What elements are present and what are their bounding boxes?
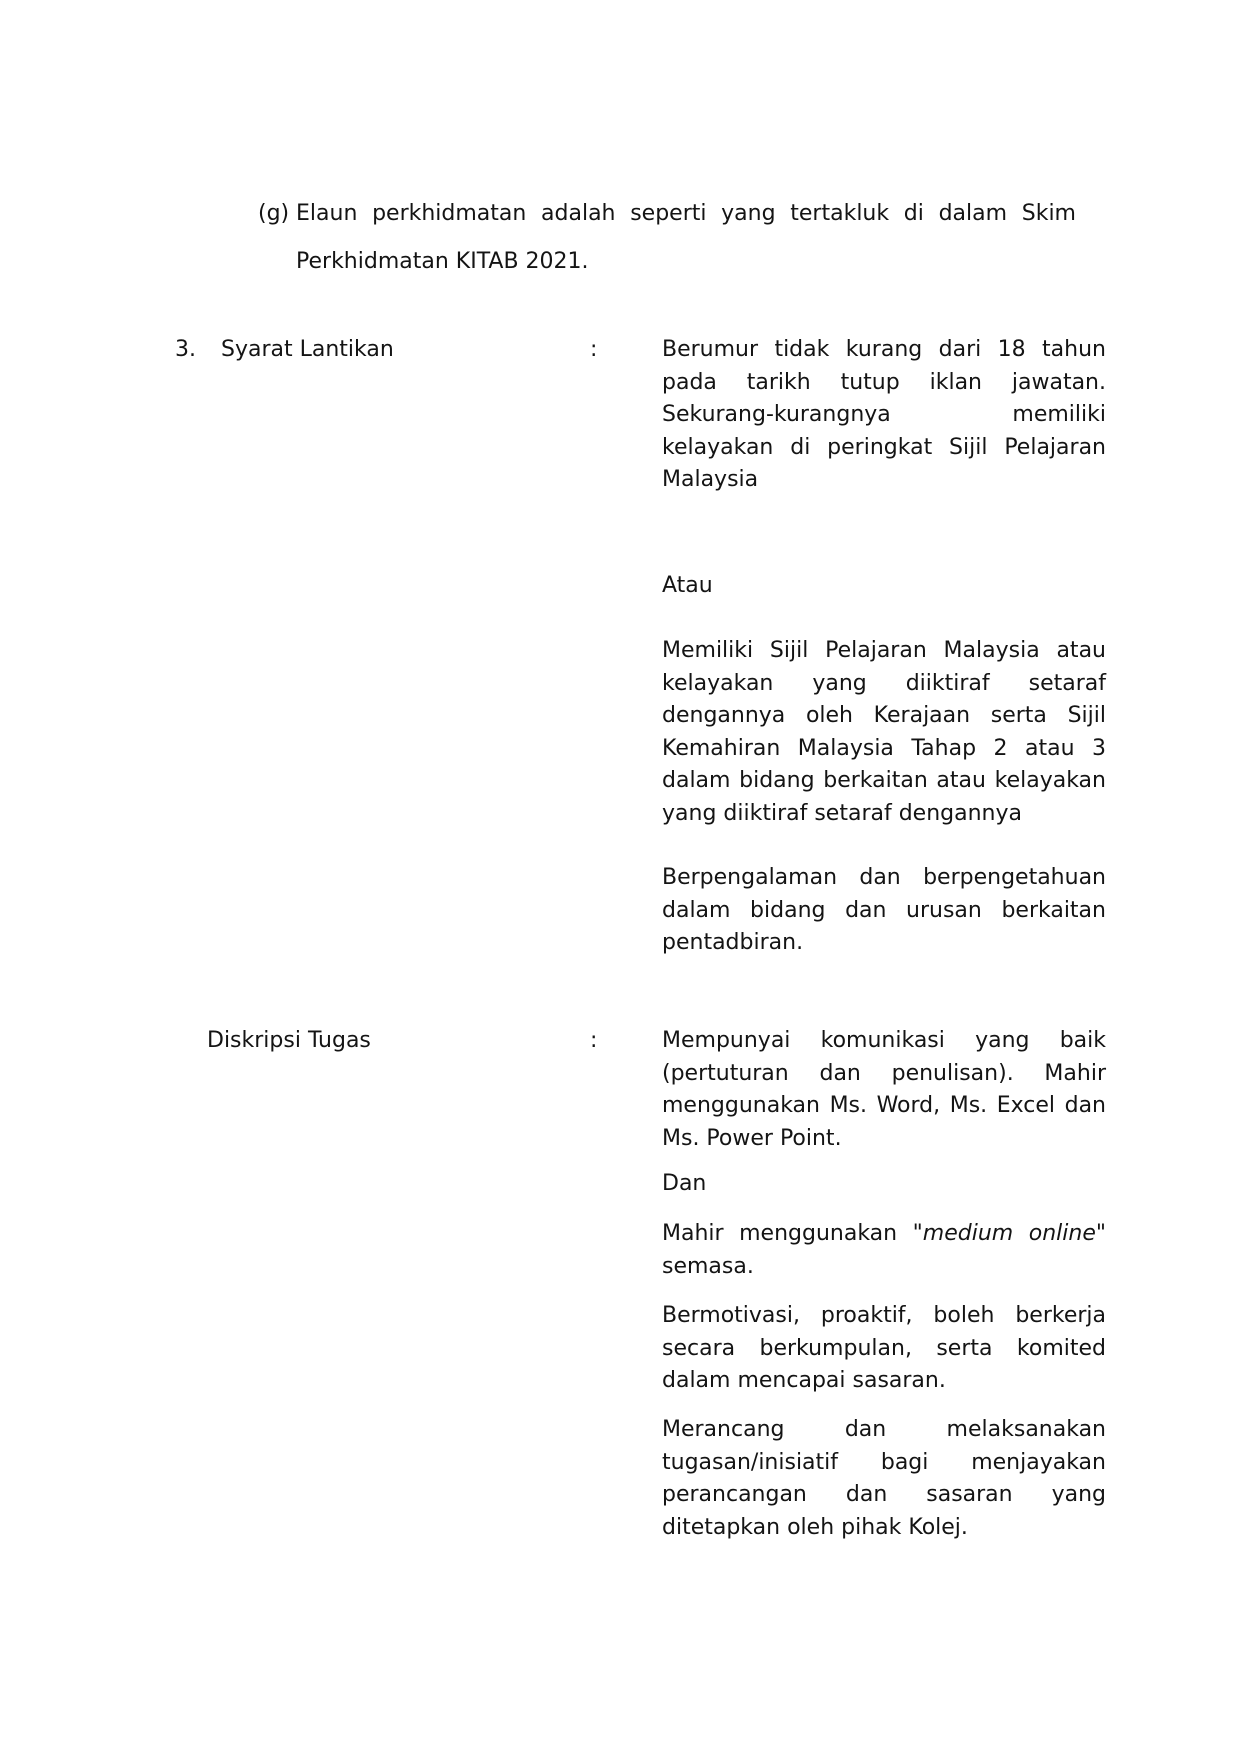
duty-planning: Merancang dan melaksanakantugasan/inisia…	[662, 1414, 1106, 1544]
section-title-diskripsi-tugas: Diskripsi Tugas	[207, 1025, 371, 1057]
text-line: Ms. Power Point.	[662, 1123, 1106, 1156]
requirement-qualification: Memiliki Sijil Pelajaran Malaysia atauke…	[662, 635, 1106, 830]
text-line: Berumur tidak kurang dari 18 tahun	[662, 334, 1106, 367]
text-line: pentadbiran.	[662, 927, 1106, 960]
text-line: Merancang dan melaksanakan	[662, 1414, 1106, 1447]
text-line: tugasan/inisiatif bagi menjayakan	[662, 1447, 1106, 1480]
text-line: ditetapkan oleh pihak Kolej.	[662, 1512, 1106, 1545]
duties-colon: :	[590, 1025, 597, 1057]
section3-colon: :	[590, 334, 597, 366]
text-line: (pertuturan dan penulisan). Mahir	[662, 1058, 1106, 1091]
text-line: kelayakan di peringkat Sijil Pelajaran	[662, 432, 1106, 465]
text-line: kelayakan yang diiktiraf setaraf	[662, 668, 1106, 701]
requirement-age: Berumur tidak kurang dari 18 tahunpada t…	[662, 334, 1106, 497]
text-line: Mempunyai komunikasi yang baik	[662, 1025, 1106, 1058]
text-line: Kemahiran Malaysia Tahap 2 atau 3	[662, 733, 1106, 766]
text-line: Berpengalaman dan berpengetahuan	[662, 862, 1106, 895]
text-line: secara berkumpulan, serta komited	[662, 1333, 1106, 1366]
duty-communication: Mempunyai komunikasi yang baik(pertutura…	[662, 1025, 1106, 1155]
text-line: menggunakan Ms. Word, Ms. Excel dan	[662, 1090, 1106, 1123]
text-line: Sekurang-kurangnya memiliki	[662, 399, 1106, 432]
text-line: Malaysia	[662, 464, 1106, 497]
section-number: 3.	[175, 334, 196, 366]
text-line: perancangan dan sasaran yang	[662, 1479, 1106, 1512]
text-line: dengannya oleh Kerajaan serta Sijil	[662, 700, 1106, 733]
item-g-line2: Perkhidmatan KITAB 2021.	[296, 246, 589, 278]
text-line: pada tarikh tutup iklan jawatan.	[662, 367, 1106, 400]
and-label: Dan	[662, 1168, 706, 1200]
text-line: yang diiktiraf setaraf dengannya	[662, 798, 1106, 831]
text-line: Bermotivasi, proaktif, boleh berkerja	[662, 1300, 1106, 1333]
section-title-syarat-lantikan: Syarat Lantikan	[221, 334, 394, 366]
item-g-marker: (g)	[258, 198, 289, 230]
duty-online-medium: Mahir menggunakan "medium online" semasa…	[662, 1218, 1106, 1283]
text-line: Memiliki Sijil Pelajaran Malaysia atau	[662, 635, 1106, 668]
or-label: Atau	[662, 570, 713, 602]
requirement-experience: Berpengalaman dan berpengetahuandalam bi…	[662, 862, 1106, 960]
text-line: dalam bidang berkaitan atau kelayakan	[662, 765, 1106, 798]
text-line: dalam bidang dan urusan berkaitan	[662, 895, 1106, 928]
duty-motivation: Bermotivasi, proaktif, boleh berkerjasec…	[662, 1300, 1106, 1398]
text-line: dalam mencapai sasaran.	[662, 1365, 1106, 1398]
item-g-line1: Elaun perkhidmatan adalah seperti yang t…	[296, 198, 1076, 230]
item-g-text: Elaun perkhidmatan adalah seperti yang t…	[296, 201, 1076, 226]
